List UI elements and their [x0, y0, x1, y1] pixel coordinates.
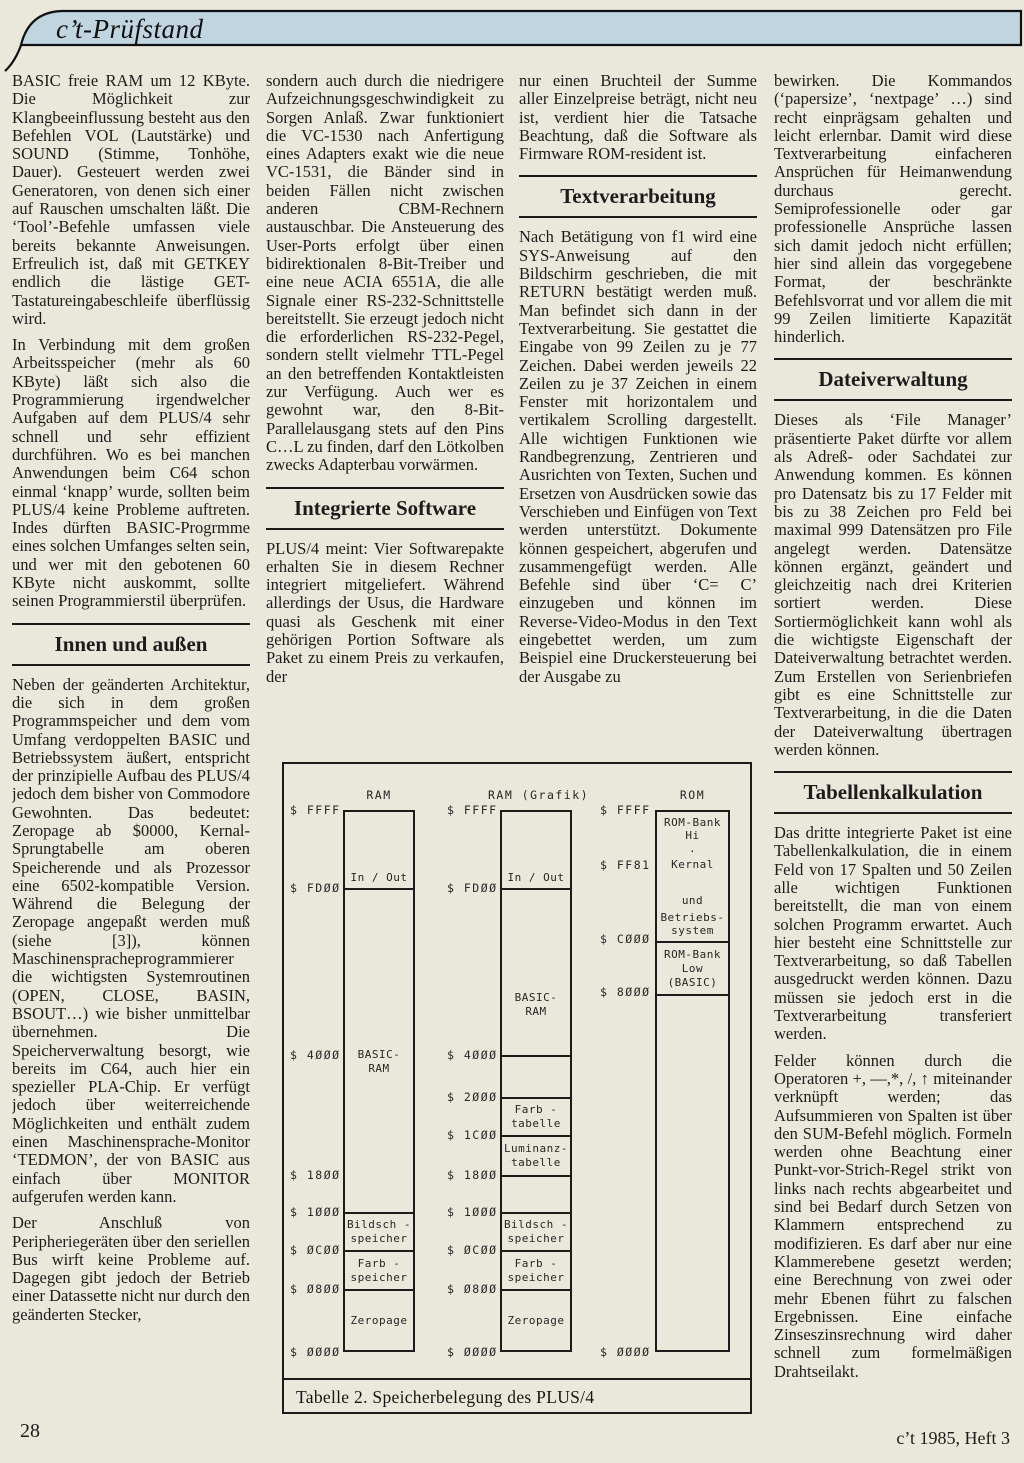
address-label: $ ØCØØ — [447, 1243, 498, 1257]
paragraph: nur einen Bruchteil der Summe aller Einz… — [519, 72, 757, 163]
grafik-section-empty-2 — [502, 1175, 570, 1212]
rom-und-line: und — [682, 894, 703, 907]
banner: c’t-Prüfstand — [0, 0, 1024, 80]
address-label: $ 18ØØ — [290, 1168, 341, 1182]
grafik-section-farbspeicher: Farb - speicher — [502, 1250, 570, 1289]
paragraph: PLUS/4 meint: Vier Softwarepakte erhalte… — [266, 540, 504, 686]
grafik-section-empty-1 — [502, 1055, 570, 1097]
paragraph: Felder können durch die Operatoren +, —,… — [774, 1052, 1012, 1381]
paragraph: Der Anschluß von Peripheriegeräten über … — [12, 1214, 250, 1324]
diagram-caption: Tabelle 2. Speicherbelegung des PLUS/4 — [296, 1387, 594, 1408]
map-title-rom: ROM — [655, 788, 730, 802]
footer-page-number: 28 — [20, 1420, 40, 1443]
address-label: $ 4ØØØ — [447, 1048, 498, 1062]
ram-section-bildschirmspeicher: Bildsch - speicher — [345, 1212, 413, 1250]
section-heading-innen-und-aussen: Innen und außen — [12, 623, 250, 666]
grafik-section-in-out: In / Out — [502, 812, 570, 888]
magazine-page: c’t-Prüfstand BASIC freie RAM um 12 KByt… — [0, 0, 1024, 1463]
address-label: $ ØØØØ — [447, 1345, 498, 1359]
address-label: $ 1ØØØ — [447, 1205, 498, 1219]
address-label: $ 4ØØØ — [290, 1048, 341, 1062]
map-title-ram: RAM — [343, 788, 415, 802]
memory-map-diagram: RAM RAM (Grafik) ROM In / Out BASIC- RAM… — [282, 762, 752, 1414]
address-label: $ FFFF — [600, 803, 651, 817]
address-label: $ FF81 — [600, 858, 651, 872]
rom-bank-hi-line: ROM-Bank — [664, 816, 721, 829]
memory-map-rom: ROM-Bank Hi . Kernal und Betriebs- syste… — [655, 810, 730, 1352]
rom-betriebs-line: Betriebs- — [660, 911, 724, 924]
address-label: $ FFFF — [447, 803, 498, 817]
memory-map-ram: In / Out BASIC- RAM Bildsch - speicher F… — [343, 810, 415, 1352]
rom-bank-hi-line: Hi — [685, 829, 699, 842]
address-label: $ FFFF — [290, 803, 341, 817]
section-heading-textverarbeitung: Textverarbeitung — [519, 175, 757, 218]
address-label: $ 1CØØ — [447, 1128, 498, 1142]
address-label: $ CØØØ — [600, 932, 651, 946]
paragraph: BASIC freie RAM um 12 KByte. Die Möglich… — [12, 72, 250, 328]
address-label: $ 1ØØØ — [290, 1205, 341, 1219]
paragraph: sondern auch durch die niedrigere Aufzei… — [266, 72, 504, 475]
paragraph: Neben der geänderten Architektur, die si… — [12, 676, 250, 1207]
grafik-section-farbtabelle: Farb - tabelle — [502, 1097, 570, 1135]
address-label: $ Ø8ØØ — [290, 1282, 341, 1296]
rom-section-bank-low: ROM-Bank Low (BASIC) — [657, 941, 728, 994]
grafik-section-basic-ram: BASIC- RAM — [502, 888, 570, 1055]
section-heading-dateiverwaltung: Dateiverwaltung — [774, 358, 1012, 401]
address-label: $ FDØØ — [290, 881, 341, 895]
banner-title: c’t-Prüfstand — [56, 14, 204, 45]
rom-system-line: system — [671, 924, 714, 937]
grafik-section-bildschirmspeicher: Bildsch - speicher — [502, 1212, 570, 1250]
footer-issue: c’t 1985, Heft 3 — [896, 1428, 1010, 1449]
address-label: $ 2ØØØ — [447, 1090, 498, 1104]
ram-section-basic-ram: BASIC- RAM — [345, 888, 413, 1212]
memory-map-ram-grafik: In / Out BASIC- RAM Farb - tabelle Lumin… — [500, 810, 572, 1352]
ram-section-zeropage: Zeropage — [345, 1289, 413, 1350]
column-1: BASIC freie RAM um 12 KByte. Die Möglich… — [12, 72, 250, 1432]
rom-section-empty — [657, 994, 728, 1350]
paragraph: Dieses als ‘File Manager’ präsentierte P… — [774, 411, 1012, 759]
rom-section-bank-hi: ROM-Bank Hi . Kernal und Betriebs- syste… — [657, 812, 728, 941]
address-label: $ 8ØØØ — [600, 985, 651, 999]
address-label: $ ØØØØ — [600, 1345, 651, 1359]
address-label: $ ØØØØ — [290, 1345, 341, 1359]
section-heading-integrierte-software: Integrierte Software — [266, 487, 504, 530]
ram-section-farbspeicher: Farb - speicher — [345, 1250, 413, 1289]
column-4: bewirken. Die Kommandos (‘papersize’, ‘n… — [774, 72, 1012, 1402]
section-heading-tabellenkalkulation: Tabellenkalkulation — [774, 771, 1012, 814]
address-label: $ Ø8ØØ — [447, 1282, 498, 1296]
address-label: $ 18ØØ — [447, 1168, 498, 1182]
column-2: sondern auch durch die niedrigere Aufzei… — [266, 72, 504, 760]
rom-bank-hi-dot: . — [689, 842, 696, 855]
paragraph: Nach Betätigung von f1 wird eine SYS-Anw… — [519, 228, 757, 685]
grafik-section-luminanztabelle: Luminanz- tabelle — [502, 1135, 570, 1175]
paragraph: In Verbindung mit dem großen Arbeitsspei… — [12, 336, 250, 610]
grafik-section-zeropage: Zeropage — [502, 1289, 570, 1350]
map-title-ram-grafik: RAM (Grafik) — [488, 788, 584, 802]
address-label: $ FDØØ — [447, 881, 498, 895]
ram-section-in-out: In / Out — [345, 812, 413, 888]
paragraph: Das dritte integrierte Paket ist eine Ta… — [774, 824, 1012, 1044]
column-3: nur einen Bruchteil der Summe aller Einz… — [519, 72, 757, 760]
caption-divider — [284, 1378, 750, 1380]
rom-kernal-line: Kernal — [671, 858, 714, 871]
address-label: $ ØCØØ — [290, 1243, 341, 1257]
paragraph: bewirken. Die Kommandos (‘papersize’, ‘n… — [774, 72, 1012, 346]
